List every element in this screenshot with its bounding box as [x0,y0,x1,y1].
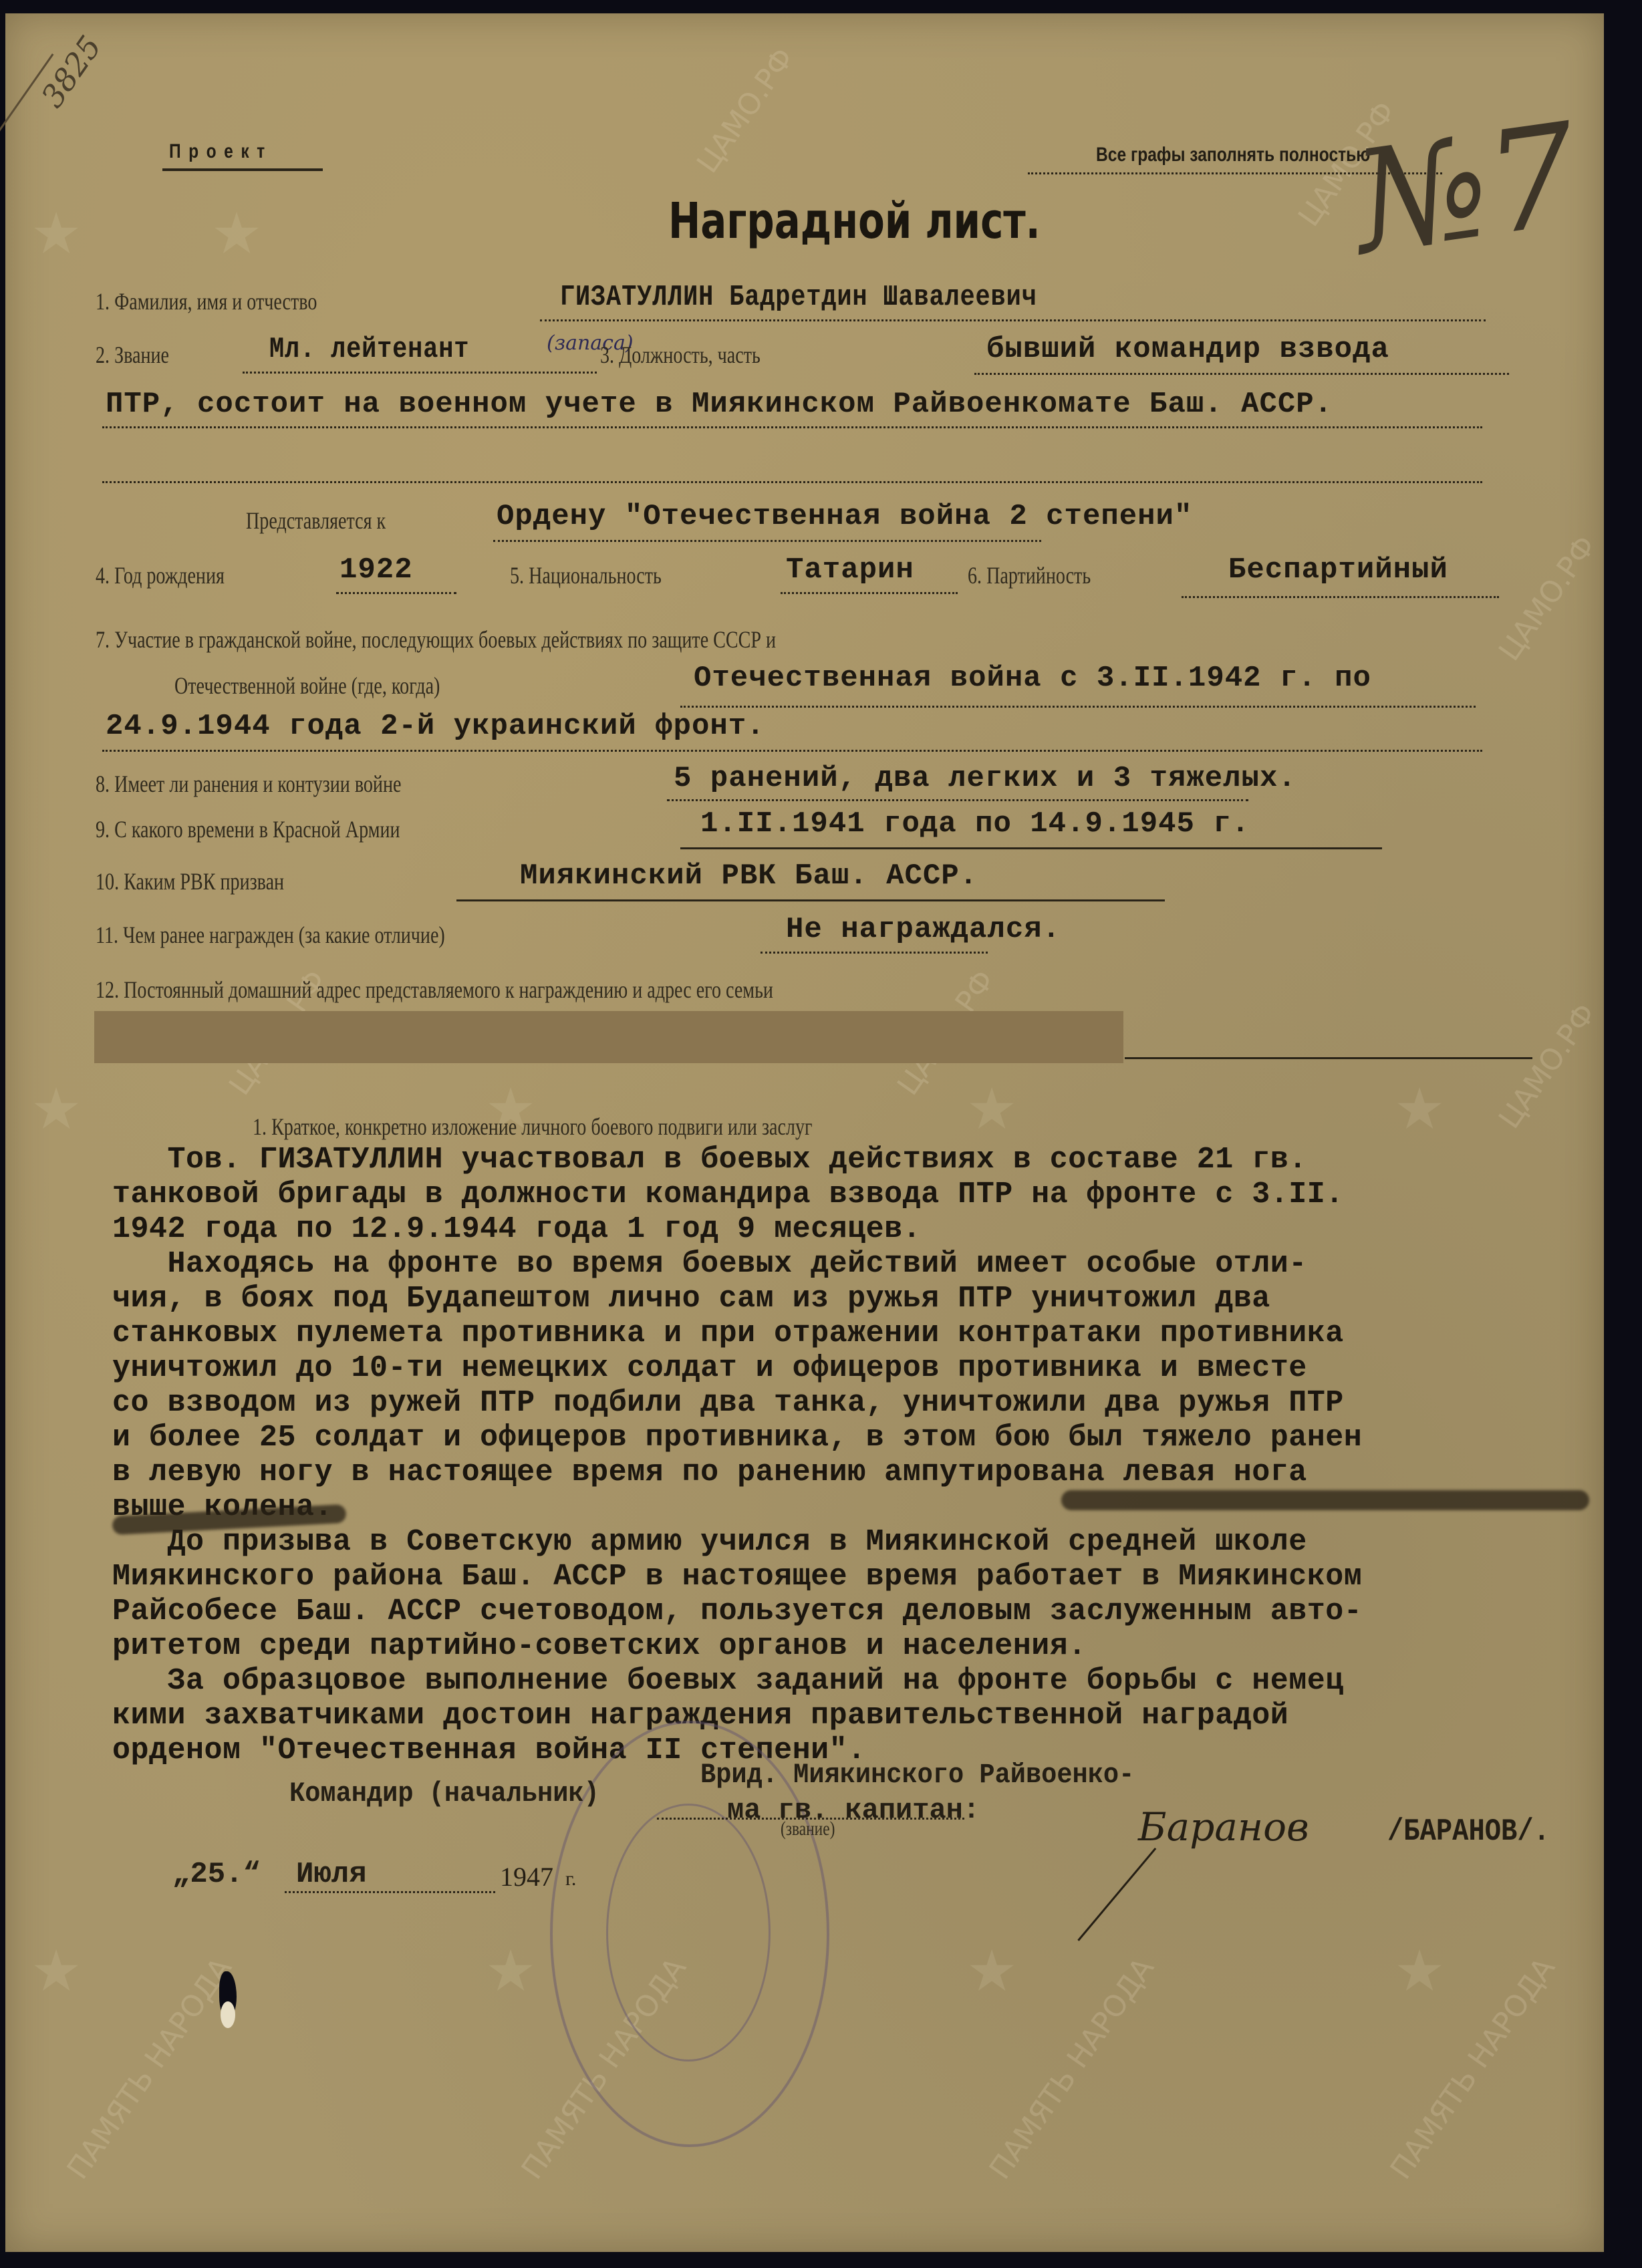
signature-stroke [1077,1848,1156,1941]
date-day: „25.“ [172,1858,261,1891]
f9-label: 9. С какого времени в Красной Армии [96,815,400,843]
narrative-line: За образцовое выполнение боевых заданий … [112,1664,1362,1699]
f2-underline [243,372,597,374]
narrative-line: станковых пулемета противника и при отра… [112,1316,1362,1351]
f11-value: Не награждался. [786,913,1061,946]
position-line2: ма гв. капитан: [727,1794,980,1826]
rank-caption: (звание) [781,1818,835,1840]
signatory-name: /БАРАНОВ/. [1387,1814,1550,1849]
f5-underline [781,592,958,594]
narrative-line: Тов. ГИЗАТУЛЛИН участвовал в боевых дейс… [112,1143,1362,1177]
document-page: ЦАМО.РФ ЦАМО.РФ ЦАМО.РФ ЦАМО.РФ ЦАМО.РФ … [5,13,1604,2252]
paper-hole-edge [221,2001,235,2028]
f4-value: 1922 [339,553,413,587]
blank-line [102,481,1482,483]
narrative-line: До призыва в Советскую армию учился в Ми… [112,1525,1362,1560]
f1-value: ГИЗАТУЛЛИН Бадретдин Шавалеевич [560,281,1037,314]
f1-label: 1. Фамилия, имя и отчество [96,287,317,315]
f4-underline [336,592,456,594]
presented-label: Представляется к [246,507,386,535]
star-watermark-icon: ★ [968,1918,1016,2016]
f5-label: 5. Национальность [510,561,662,589]
narrative-line: кими захватчиками достоин награждения пр… [112,1699,1362,1733]
f7-underline-2 [102,750,1482,752]
redacted-address [94,1011,1123,1063]
instruction-text: Все графы заполнять полностью [1096,144,1370,166]
f2-label: 2. Звание [96,341,169,369]
pencil-mark [1061,1490,1589,1510]
f2-value: Мл. лейтенант [269,333,469,366]
narrative-line: в левую ногу в настоящее время по ранени… [112,1455,1362,1490]
f8-label: 8. Имеет ли ранения и контузии войне [96,770,401,798]
f4-label: 4. Год рождения [96,561,225,589]
narrative-line: Райсобесе Баш. АССР счетоводом, пользует… [112,1594,1362,1629]
narrative-line: чия, в боях под Будапештом лично сам из … [112,1282,1362,1316]
narrative-line: Находясь на фронте во время боевых дейст… [112,1247,1362,1282]
document-title: Наградной лист. [668,192,1041,250]
presented-underline [493,540,1041,542]
diagonal-mark [0,53,53,158]
f8-underline [667,799,1248,801]
handwritten-number: №7 [1345,92,1588,285]
f1-underline [540,319,1486,321]
draft-mark: Проект [169,140,273,163]
watermark: ЦАМО.РФ [1492,998,1603,1135]
date-year: 1947 [500,1861,553,1892]
narrative-line: уничтожил до 10-ти немецких солдат и офи… [112,1351,1362,1386]
f10-value: Миякинский РВК Баш. АССР. [520,859,978,893]
archive-number: 3825 [34,29,108,114]
draft-underline [162,168,323,171]
watermark: ПАМЯТЬ НАРОДА [983,1951,1161,2185]
f12-underline [1125,1057,1532,1059]
commander-label: Командир (начальник) [289,1778,599,1810]
handwritten-signature: Баранов [1138,1804,1309,1850]
narrative-line: и более 25 солдат и офицеров противника,… [112,1421,1362,1455]
f3-value-line2: ПТР, состоит на военном учете в Миякинск… [106,388,1333,421]
f7-value-line2: 24.9.1944 года 2-й украинский фронт. [106,710,765,743]
f7-underline [680,706,1476,708]
position-line1: Врид. Миякинского Райвоенко- [700,1759,1134,1791]
watermark: ЦАМО.РФ [1492,530,1603,668]
f6-underline [1182,596,1499,598]
f6-value: Беспартийный [1228,553,1448,587]
f10-underline [456,899,1165,901]
watermark: ЦАМО.РФ [690,42,801,180]
watermark: ПАМЯТЬ НАРОДА [61,1951,239,2185]
star-watermark-icon: ★ [32,180,80,279]
date-underline [285,1891,495,1893]
f7-label-line1: 7. Участие в гражданской войне, последую… [96,625,776,654]
f10-label: 10. Каким РВК призван [96,867,284,895]
f7-label-line2: Отечественной войне (где, когда) [174,672,440,700]
narrative-line: ритетом среди партийно-советских органов… [112,1629,1362,1664]
f3-value-line1: бывший командир взвода [986,333,1389,366]
narrative-block: Тов. ГИЗАТУЛЛИН участвовал в боевых дейс… [112,1143,1362,1768]
date-year-suffix: г. [565,1868,576,1890]
section-heading: 1. Краткое, конкретно изложение личного … [253,1113,813,1141]
f8-value: 5 ранений, два легких и 3 тяжелых. [674,762,1296,795]
f9-value: 1.II.1941 года по 14.9.1945 г. [700,807,1250,841]
narrative-line: танковой бригады в должности командира в… [112,1177,1362,1212]
star-watermark-icon: ★ [32,1056,80,1154]
narrative-line: 1942 года по 12.9.1944 года 1 год 9 меся… [112,1212,1362,1247]
star-watermark-icon: ★ [1395,1918,1444,2016]
official-stamp-inner [606,1804,771,2062]
f9-underline [680,847,1382,849]
f12-label: 12. Постоянный домашний адрес представля… [96,976,773,1004]
f11-label: 11. Чем ранее награжден (за какие отличи… [96,921,445,949]
presented-value: Ордену "Отечественная война 2 степени" [497,500,1192,533]
star-watermark-icon: ★ [1395,1056,1444,1154]
scan-border [1604,0,1642,2268]
narrative-line: со взводом из ружей ПТР подбили два танк… [112,1386,1362,1421]
f7-value-line1: Отечественная война с 3.II.1942 г. по [694,662,1371,695]
f11-underline [761,952,988,954]
f6-label: 6. Партийность [968,561,1091,589]
star-watermark-icon: ★ [968,1056,1016,1154]
star-watermark-icon: ★ [213,180,261,279]
f3-underline-2 [102,426,1482,428]
star-watermark-icon: ★ [487,1918,535,2016]
narrative-line: Миякинского района Баш. АССР в настоящее… [112,1560,1362,1594]
star-watermark-icon: ★ [32,1918,80,2016]
f3-label: 3. Должность, часть [600,341,761,369]
f3-underline [974,373,1509,375]
watermark: ПАМЯТЬ НАРОДА [1384,1951,1562,2185]
f5-value: Татарин [786,553,914,587]
date-month: Июля [296,1858,367,1891]
